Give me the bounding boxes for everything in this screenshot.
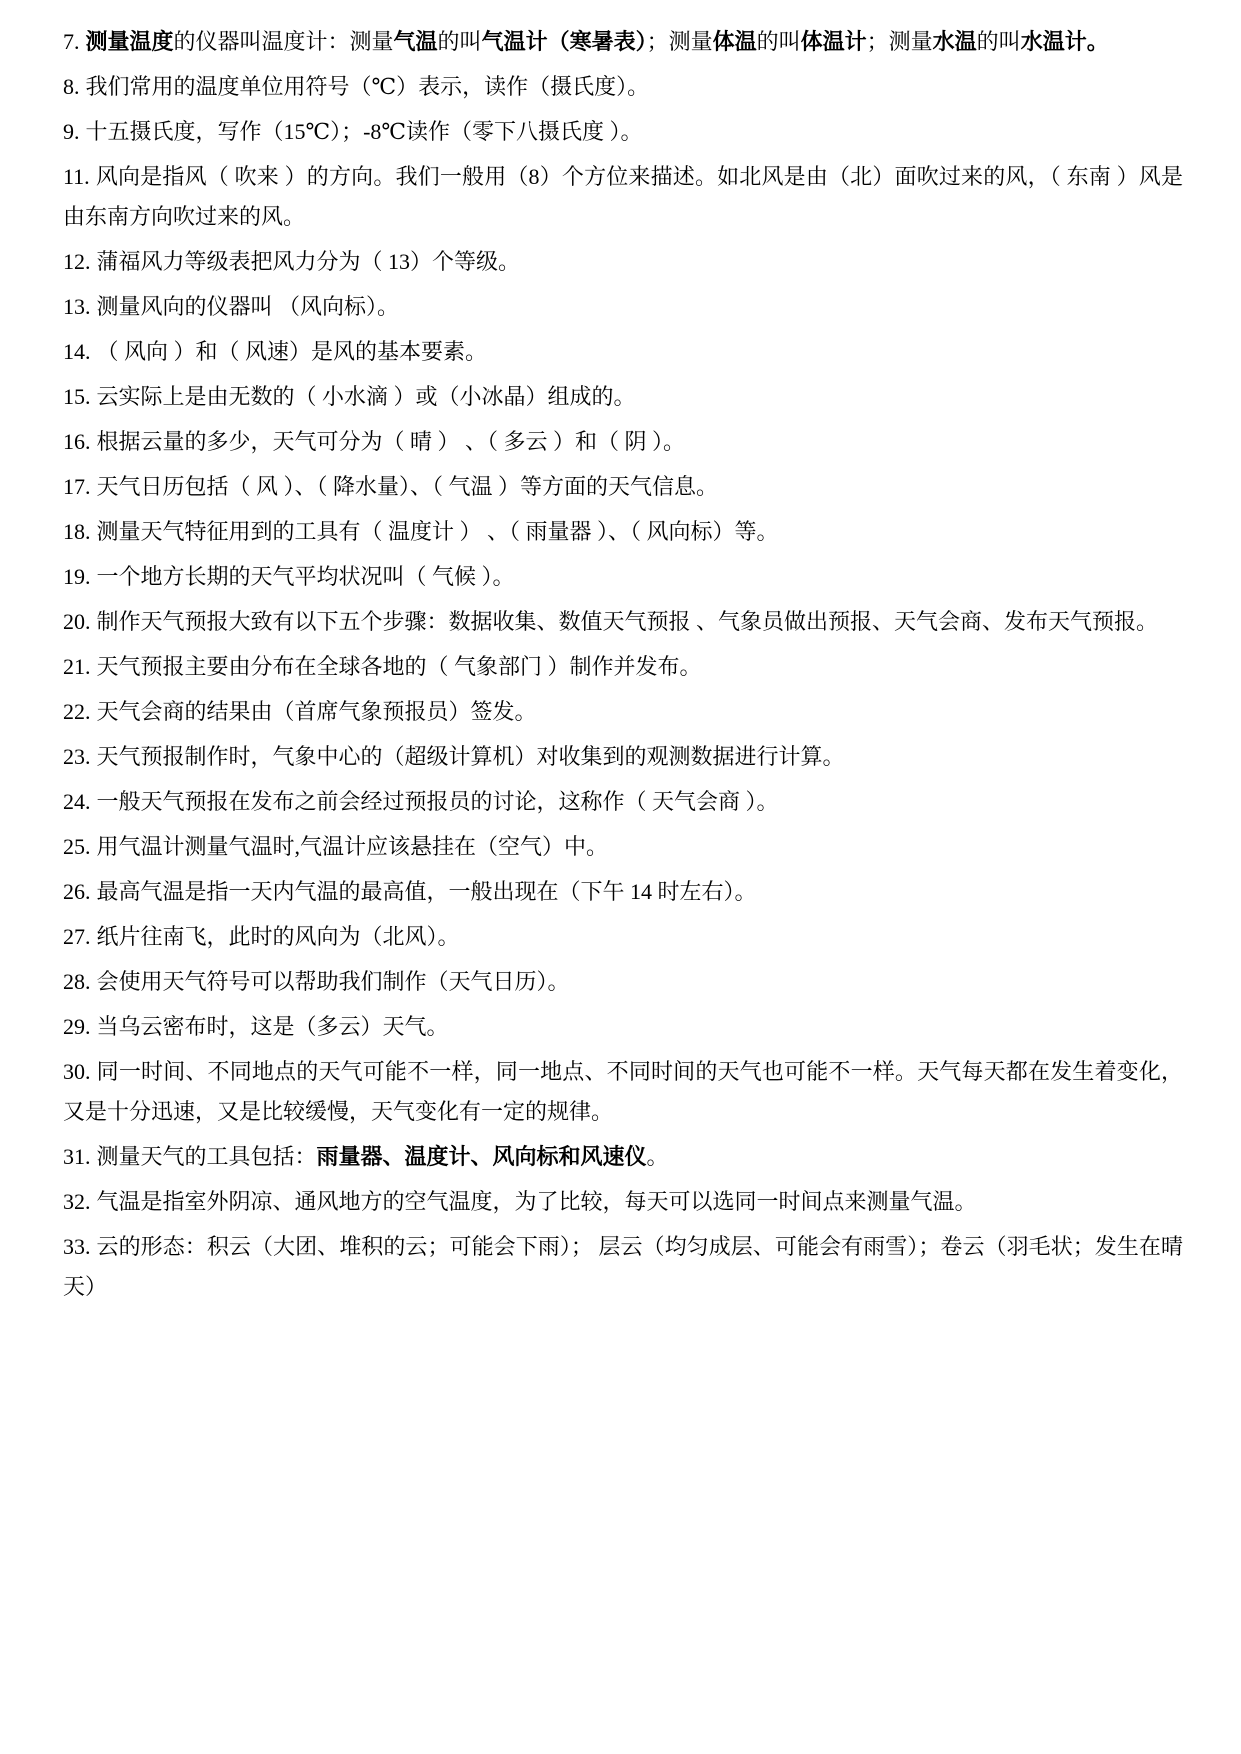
text-segment: 水温计。 xyxy=(1021,29,1109,54)
text-segment: 一个地方长期的天气平均状况叫（ 气候 ）。 xyxy=(97,564,515,589)
list-item: 8.我们常用的温度单位用符号（℃）表示，读作（摄氏度）。 xyxy=(63,67,1183,107)
list-item: 11.风向是指风（ 吹来 ）的方向。我们一般用（8）个方位来描述。如北风是由（北… xyxy=(63,157,1183,237)
list-item: 12.蒲福风力等级表把风力分为（ 13）个等级。 xyxy=(63,242,1183,282)
list-item: 15.云实际上是由无数的（ 小水滴 ）或（小冰晶）组成的。 xyxy=(63,377,1183,417)
text-segment: 体温计 xyxy=(801,29,867,54)
text-segment: 测量天气的工具包括： xyxy=(97,1144,317,1169)
list-item: 20.制作天气预报大致有以下五个步骤：数据收集、数值天气预报 、气象员做出预报、… xyxy=(63,602,1183,642)
item-number: 29. xyxy=(63,1014,91,1039)
item-number: 25. xyxy=(63,834,91,859)
text-segment: ；测量 xyxy=(647,29,713,54)
list-item: 27.纸片往南飞，此时的风向为（北风）。 xyxy=(63,917,1183,957)
item-number: 15. xyxy=(63,384,91,409)
text-segment: 气温是指室外阴凉、通风地方的空气温度，为了比较，每天可以选同一时间点来测量气温。 xyxy=(97,1189,977,1214)
text-segment: 气温计（寒暑表） xyxy=(482,29,647,54)
text-segment: 十五摄氏度，写作（15℃）；-8℃读作（零下八摄氏度 ）。 xyxy=(86,119,643,144)
text-segment: 用气温计测量气温时,气温计应该悬挂在（空气）中。 xyxy=(97,834,609,859)
item-number: 24. xyxy=(63,789,91,814)
list-item: 32.气温是指室外阴凉、通风地方的空气温度，为了比较，每天可以选同一时间点来测量… xyxy=(63,1182,1183,1222)
item-number: 32. xyxy=(63,1189,91,1214)
list-item: 22.天气会商的结果由（首席气象预报员）签发。 xyxy=(63,692,1183,732)
list-item: 16.根据云量的多少，天气可分为（ 晴 ） 、（ 多云 ）和（ 阴 ）。 xyxy=(63,422,1183,462)
text-segment: 制作天气预报大致有以下五个步骤：数据收集、数值天气预报 、气象员做出预报、天气会… xyxy=(97,609,1159,634)
text-segment: 天气预报主要由分布在全球各地的（ 气象部门 ）制作并发布。 xyxy=(97,654,702,679)
list-item: 9.十五摄氏度，写作（15℃）；-8℃读作（零下八摄氏度 ）。 xyxy=(63,112,1183,152)
text-segment: 的叫 xyxy=(757,29,801,54)
text-segment: ；测量 xyxy=(867,29,933,54)
text-segment: 测量温度 xyxy=(86,29,174,54)
item-number: 20. xyxy=(63,609,91,634)
text-segment: 的仪器叫温度计：测量 xyxy=(174,29,394,54)
item-number: 21. xyxy=(63,654,91,679)
list-item: 29.当乌云密布时，这是（多云）天气。 xyxy=(63,1007,1183,1047)
list-item: 26.最高气温是指一天内气温的最高值，一般出现在（下午 14 时左右）。 xyxy=(63,872,1183,912)
text-segment: 水温 xyxy=(933,29,977,54)
list-item: 23.天气预报制作时，气象中心的（超级计算机）对收集到的观测数据进行计算。 xyxy=(63,737,1183,777)
item-number: 14. xyxy=(63,339,91,364)
text-segment: 一般天气预报在发布之前会经过预报员的讨论，这称作（ 天气会商 ）。 xyxy=(97,789,779,814)
list-item: 19.一个地方长期的天气平均状况叫（ 气候 ）。 xyxy=(63,557,1183,597)
item-number: 22. xyxy=(63,699,91,724)
text-segment: 测量天气特征用到的工具有（ 温度计 ） 、（ 雨量器 ）、（ 风向标）等。 xyxy=(97,519,779,544)
text-segment: 最高气温是指一天内气温的最高值，一般出现在（下午 14 时左右）。 xyxy=(97,879,757,904)
text-segment: 测量风向的仪器叫 （风向标）。 xyxy=(97,294,400,319)
text-segment: 根据云量的多少，天气可分为（ 晴 ） 、（ 多云 ）和（ 阴 ）。 xyxy=(97,429,686,454)
item-number: 8. xyxy=(63,74,80,99)
item-number: 9. xyxy=(63,119,80,144)
text-segment: 天气日历包括（ 风 ）、（ 降水量）、（ 气温 ）等方面的天气信息。 xyxy=(97,474,719,499)
list-item: 24.一般天气预报在发布之前会经过预报员的讨论，这称作（ 天气会商 ）。 xyxy=(63,782,1183,822)
text-segment: 当乌云密布时，这是（多云）天气。 xyxy=(97,1014,449,1039)
document-page: 7.测量温度的仪器叫温度计：测量气温的叫气温计（寒暑表）；测量体温的叫体温计；测… xyxy=(0,0,1241,1754)
list-item: 30.同一时间、不同地点的天气可能不一样，同一地点、不同时间的天气也可能不一样。… xyxy=(63,1052,1183,1132)
list-item: 14.（ 风向 ）和（ 风速）是风的基本要素。 xyxy=(63,332,1183,372)
item-number: 7. xyxy=(63,29,80,54)
list-item: 18.测量天气特征用到的工具有（ 温度计 ） 、（ 雨量器 ）、（ 风向标）等。 xyxy=(63,512,1183,552)
text-segment: 会使用天气符号可以帮助我们制作（天气日历）。 xyxy=(97,969,570,994)
text-segment: 天气预报制作时，气象中心的（超级计算机）对收集到的观测数据进行计算。 xyxy=(97,744,845,769)
item-number: 12. xyxy=(63,249,91,274)
text-segment: 的叫 xyxy=(977,29,1021,54)
item-number: 28. xyxy=(63,969,91,994)
text-segment: 风向是指风（ 吹来 ）的方向。我们一般用（8）个方位来描述。如北风是由（北）面吹… xyxy=(63,164,1183,229)
list-item: 7.测量温度的仪器叫温度计：测量气温的叫气温计（寒暑表）；测量体温的叫体温计；测… xyxy=(63,22,1183,62)
text-segment: 蒲福风力等级表把风力分为（ 13）个等级。 xyxy=(97,249,521,274)
text-segment: 云实际上是由无数的（ 小水滴 ）或（小冰晶）组成的。 xyxy=(97,384,636,409)
text-segment: 。 xyxy=(647,1144,669,1169)
text-segment: 的叫 xyxy=(438,29,482,54)
item-number: 11. xyxy=(63,164,90,189)
list-item: 33.云的形态：积云（大团、堆积的云；可能会下雨）； 层云（均匀成层、可能会有雨… xyxy=(63,1227,1183,1307)
text-segment: 纸片往南飞，此时的风向为（北风）。 xyxy=(97,924,460,949)
item-number: 13. xyxy=(63,294,91,319)
list-item: 21.天气预报主要由分布在全球各地的（ 气象部门 ）制作并发布。 xyxy=(63,647,1183,687)
item-number: 23. xyxy=(63,744,91,769)
text-segment: 我们常用的温度单位用符号（℃）表示，读作（摄氏度）。 xyxy=(86,74,650,99)
list-item: 13.测量风向的仪器叫 （风向标）。 xyxy=(63,287,1183,327)
item-number: 18. xyxy=(63,519,91,544)
document-content: 7.测量温度的仪器叫温度计：测量气温的叫气温计（寒暑表）；测量体温的叫体温计；测… xyxy=(63,22,1183,1307)
list-item: 31.测量天气的工具包括：雨量器、温度计、风向标和风速仪。 xyxy=(63,1137,1183,1177)
list-item: 17.天气日历包括（ 风 ）、（ 降水量）、（ 气温 ）等方面的天气信息。 xyxy=(63,467,1183,507)
item-number: 33. xyxy=(63,1234,91,1259)
item-number: 19. xyxy=(63,564,91,589)
text-segment: 气温 xyxy=(394,29,438,54)
text-segment: 同一时间、不同地点的天气可能不一样，同一地点、不同时间的天气也可能不一样。天气每… xyxy=(63,1059,1183,1124)
item-number: 30. xyxy=(63,1059,91,1084)
item-number: 27. xyxy=(63,924,91,949)
item-number: 31. xyxy=(63,1144,91,1169)
list-item: 25.用气温计测量气温时,气温计应该悬挂在（空气）中。 xyxy=(63,827,1183,867)
item-number: 17. xyxy=(63,474,91,499)
text-segment: 云的形态：积云（大团、堆积的云；可能会下雨）； 层云（均匀成层、可能会有雨雪）；… xyxy=(63,1234,1183,1299)
list-item: 28.会使用天气符号可以帮助我们制作（天气日历）。 xyxy=(63,962,1183,1002)
text-segment: 体温 xyxy=(713,29,757,54)
text-segment: （ 风向 ）和（ 风速）是风的基本要素。 xyxy=(97,339,488,364)
item-number: 16. xyxy=(63,429,91,454)
text-segment: 雨量器、温度计、风向标和风速仪 xyxy=(317,1144,647,1169)
item-number: 26. xyxy=(63,879,91,904)
text-segment: 天气会商的结果由（首席气象预报员）签发。 xyxy=(97,699,537,724)
